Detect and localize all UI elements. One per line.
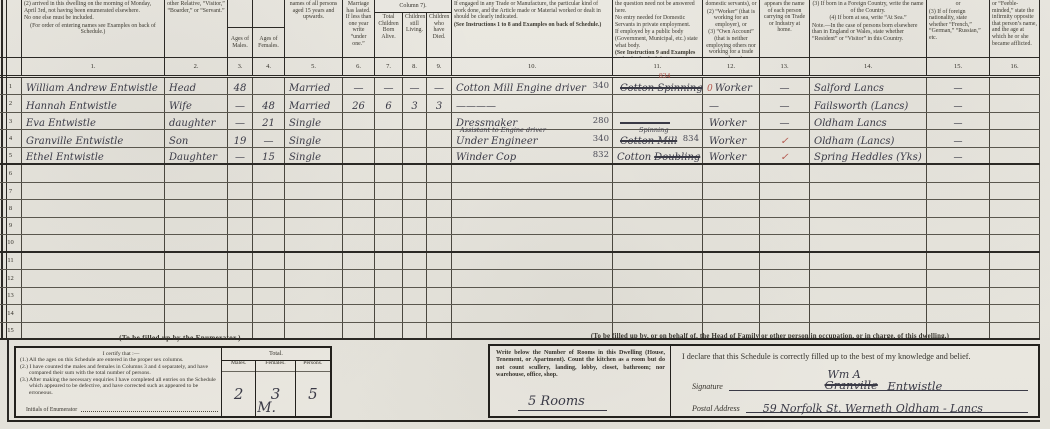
cell-infirmity <box>990 148 1040 163</box>
cell-nat: — <box>927 95 990 111</box>
cell-name: Eva Entwistle <box>22 113 165 129</box>
cell-employment-status <box>703 253 760 269</box>
cell-at_home: — <box>760 95 810 111</box>
cell-died <box>427 270 452 286</box>
row-number: 7 <box>0 183 22 199</box>
row-number: 13 <box>0 288 22 304</box>
cell-occupation: Cotton Mill Engine driver340 <box>452 78 613 94</box>
cell-employment-status <box>703 218 760 234</box>
cell-died <box>427 148 452 163</box>
header-text: (3) “Own Account” (that is neither emplo… <box>705 29 757 57</box>
signature-surname: Entwistle <box>887 379 942 393</box>
cell-age_m: — <box>228 113 253 129</box>
cell-years <box>343 183 375 199</box>
cell-age_f <box>253 165 285 181</box>
ages-males-box: Ages of Males. <box>228 27 252 57</box>
column-number-4: 4. <box>253 58 285 75</box>
column-number-3: 3. <box>228 58 253 75</box>
cell-name: Granville Entwistle <box>22 130 165 146</box>
cell-employment-status <box>703 165 760 181</box>
column-number-9: 9. <box>427 58 452 75</box>
cell-nat: — <box>927 148 990 163</box>
cell-industry <box>613 218 703 234</box>
industry-struck-text: Cotton Mill <box>620 136 677 147</box>
header-name-instructions: (2) arrived in this dwelling on the morn… <box>22 0 165 57</box>
cell-age_m: 48 <box>228 78 253 94</box>
signature-line: Granville Wm A Entwistle <box>729 376 1028 391</box>
industry-code: 834 <box>683 134 699 144</box>
column-number-13: 13. <box>760 58 810 75</box>
cell-at_home <box>760 183 810 199</box>
cell-infirmity <box>990 165 1040 181</box>
cell-employment-status: 0Worker <box>703 78 760 94</box>
cell-nat <box>927 218 990 234</box>
cell-age_m <box>228 270 253 286</box>
cell-birthplace <box>810 270 927 286</box>
cell-years <box>343 148 375 163</box>
cell-marriage <box>285 200 343 216</box>
cell-name <box>22 253 165 269</box>
cell-years <box>343 270 375 286</box>
cell-born <box>375 165 403 181</box>
cell-died <box>427 183 452 199</box>
table-header: (2) arrived in this dwelling on the morn… <box>0 0 1040 58</box>
enumerator-certification: I certify that :— (1.) All the ages on t… <box>20 351 222 396</box>
occupation-code: 340 <box>593 134 609 144</box>
cell-living <box>403 288 427 304</box>
cell-industry <box>613 235 703 250</box>
cell-marriage <box>285 218 343 234</box>
cell-occupation <box>452 165 613 181</box>
header-ages-males: Ages of Males. <box>228 0 253 57</box>
header-text: (See Instruction 9 and Examples on back … <box>615 50 700 57</box>
cell-marriage <box>285 305 343 321</box>
cell-occupation <box>452 183 613 199</box>
row-number: 10 <box>0 235 22 250</box>
header-column7-group-label: Column 7). <box>375 0 452 13</box>
cell-died <box>427 253 452 269</box>
cell-industry <box>613 305 703 321</box>
cell-relation <box>165 288 228 304</box>
cell-birthplace: Spring Heddles (Yks) <box>810 148 927 163</box>
schedule-row-2: 2Hannah EntwistleWife—48Married26633————… <box>0 95 1040 112</box>
cell-employment-status <box>703 200 760 216</box>
cell-died <box>427 130 452 146</box>
cell-age_f <box>253 305 285 321</box>
cell-nat <box>927 183 990 199</box>
address-handwritten-value: 59 Norfolk St. Werneth Oldham - Lancs <box>763 402 983 415</box>
cell-relation: Wife <box>165 95 228 111</box>
cell-industry <box>613 200 703 216</box>
cell-relation <box>165 305 228 321</box>
cell-infirmity <box>990 95 1040 111</box>
cell-born <box>375 183 403 199</box>
census-schedule-scan: (2) arrived in this dwelling on the morn… <box>0 0 1050 429</box>
totals-table: Total. Males. 2 Females. 3 Persons. 5 <box>221 348 330 416</box>
cell-at_home <box>760 218 810 234</box>
cell-years <box>343 305 375 321</box>
address-label: Postal Address <box>692 404 740 413</box>
certify-item: (2.) I have counted the males and female… <box>20 364 222 377</box>
column-number-1: 1. <box>22 58 165 75</box>
header-text: or “Feeble-minded,” state the infirmity … <box>992 1 1037 47</box>
header-text: (2) “Worker” (that is working for an emp… <box>705 9 757 29</box>
cell-occupation <box>452 288 613 304</box>
header-relationship: other Relative, “Visitor,” “Boarder,” or… <box>165 0 228 57</box>
cell-birthplace <box>810 235 927 250</box>
cell-age_m <box>228 253 253 269</box>
cell-occupation <box>452 200 613 216</box>
cell-nat <box>927 270 990 286</box>
cell-at_home: — <box>760 113 810 129</box>
industry-inserted-word: Spinning <box>639 126 669 134</box>
cell-employment-status: Worker <box>703 130 760 146</box>
cell-years <box>343 113 375 129</box>
cell-marriage <box>285 270 343 286</box>
header-birthplace: (3) If born in a Foreign Country, write … <box>810 0 927 57</box>
status-text: Worker <box>709 152 746 163</box>
cell-relation: daughter <box>165 113 228 129</box>
cell-name: Ethel Entwistle <box>22 148 165 163</box>
header-text: Marriage has lasted. If less than one ye… <box>345 1 372 47</box>
ages-females-box: Ages of Females. <box>253 27 284 57</box>
cell-name: Hannah Entwistle <box>22 95 165 111</box>
header-text: names of all persons aged 15 years and u… <box>287 1 340 21</box>
row-number: 14 <box>0 305 22 321</box>
cell-at_home: — <box>760 78 810 94</box>
header-working-at-home: appears the name of each person carrying… <box>760 0 810 57</box>
cell-employment-status: — <box>703 95 760 111</box>
cell-nat <box>927 235 990 250</box>
cell-living <box>403 165 427 181</box>
cell-living <box>403 113 427 129</box>
cell-marriage: Single <box>285 113 343 129</box>
column-number-8: 8. <box>403 58 427 75</box>
enumerator-initials-row: Initials of Enumerator <box>26 407 222 413</box>
cell-born <box>375 218 403 234</box>
cell-age_f: 21 <box>253 113 285 129</box>
cell-living <box>403 148 427 163</box>
column-number-2: 2. <box>165 58 228 75</box>
cell-infirmity <box>990 183 1040 199</box>
row-number: 2 <box>0 95 22 111</box>
cell-infirmity <box>990 288 1040 304</box>
cell-relation <box>165 218 228 234</box>
cell-relation <box>165 253 228 269</box>
cell-nat <box>927 165 990 181</box>
cell-employment-status <box>703 288 760 304</box>
header-text: Note.—In the case of persons born elsewh… <box>812 23 924 43</box>
column-number-blank <box>0 58 22 75</box>
occupation-code: 340 <box>593 81 609 91</box>
rooms-section: Write below the Number of Rooms in this … <box>490 346 671 416</box>
industry-text: Cotton <box>617 152 651 163</box>
occupation-text: ———— <box>456 101 496 112</box>
cell-at_home <box>760 165 810 181</box>
cell-birthplace: Salford Lancs <box>810 78 927 94</box>
occupation-code: 832 <box>593 150 609 160</box>
cell-years <box>343 323 375 338</box>
header-text: or <box>929 1 987 8</box>
header-industry: the question need not be answered here. … <box>613 0 703 57</box>
persons-label: Persons. <box>296 360 330 372</box>
cell-infirmity <box>990 305 1040 321</box>
header-text: appears the name of each person carrying… <box>762 1 807 34</box>
cell-years: 26 <box>343 95 375 111</box>
total-females-column: Females. 3 <box>256 360 295 416</box>
cell-industry <box>613 288 703 304</box>
cell-name <box>22 305 165 321</box>
cell-died <box>427 288 452 304</box>
cell-occupation <box>452 270 613 286</box>
cell-infirmity <box>990 270 1040 286</box>
cell-at_home <box>760 305 810 321</box>
cell-marriage: Single <box>285 148 343 163</box>
declaration-text: I declare that this Schedule is correctl… <box>670 346 1038 361</box>
cell-age_f <box>253 183 285 199</box>
cell-birthplace <box>810 288 927 304</box>
cell-relation <box>165 235 228 250</box>
occupation-line-above: Assistant to Engine driver <box>460 126 546 134</box>
cell-marriage: Married <box>285 95 343 111</box>
cell-name <box>22 270 165 286</box>
schedule-row-12: 12 <box>0 270 1040 287</box>
cell-age_f <box>253 270 285 286</box>
cell-years <box>343 130 375 146</box>
cell-living <box>403 305 427 321</box>
cell-employment-status <box>703 270 760 286</box>
cell-employment-status <box>703 183 760 199</box>
cell-marriage <box>285 253 343 269</box>
males-label: Males. <box>222 360 255 372</box>
cell-relation: Head <box>165 78 228 94</box>
total-columns: Males. 2 Females. 3 Persons. 5 <box>222 360 330 416</box>
column-number-12: 12. <box>703 58 760 75</box>
cell-marriage <box>285 235 343 250</box>
cell-died: 3 <box>427 95 452 111</box>
females-label: Females. <box>256 360 294 372</box>
occupation-text: Under Engineer <box>456 136 538 147</box>
cell-nat <box>927 200 990 216</box>
cell-years <box>343 165 375 181</box>
cell-birthplace <box>810 253 927 269</box>
schedule-row-1: 1William Andrew EntwistleHead48Married——… <box>0 78 1040 95</box>
rooms-handwritten-value: 5 Rooms <box>518 394 607 411</box>
cell-infirmity <box>990 200 1040 216</box>
header-text: If employed by a public body (Government… <box>615 29 700 49</box>
cell-age_f: — <box>253 130 285 146</box>
header-marriage-duration: Marriage has lasted. If less than one ye… <box>343 0 375 57</box>
cell-marriage: Single <box>285 130 343 146</box>
header-ages-females: Ages of Females. <box>253 0 285 57</box>
cell-living <box>403 200 427 216</box>
header-text: No entry needed for Domestic Servants in… <box>615 15 700 28</box>
persons-total-value: 5 <box>296 372 330 416</box>
row-number: 8 <box>0 200 22 216</box>
cell-age_f <box>253 218 285 234</box>
cell-died <box>427 113 452 129</box>
header-text: (2) arrived in this dwelling on the morn… <box>24 1 162 14</box>
schedule-row-10: 10 <box>0 235 1040 252</box>
cell-name <box>22 235 165 250</box>
cell-age_m <box>228 200 253 216</box>
cell-occupation <box>452 305 613 321</box>
cell-name <box>22 183 165 199</box>
cell-employment-status <box>703 305 760 321</box>
status-text: Worker <box>709 118 746 129</box>
cell-living <box>403 270 427 286</box>
cell-nat <box>927 305 990 321</box>
cell-died <box>427 200 452 216</box>
cell-birthplace: Oldham (Lancs) <box>810 130 927 146</box>
column-number-row: 1.2.3.4.5.6.7.8.9.10.11.12.13.14.15.16. <box>0 58 1040 78</box>
cell-employment-status: Worker <box>703 148 760 163</box>
header-text: (For order of entering names see Example… <box>24 23 162 36</box>
schedule-row-11: 11 <box>0 253 1040 270</box>
cell-age_m <box>228 288 253 304</box>
cell-at_home <box>760 235 810 250</box>
cell-industry <box>613 165 703 181</box>
cell-age_m <box>228 235 253 250</box>
cell-occupation <box>452 218 613 234</box>
header-text: No one else must be included. <box>24 15 162 22</box>
cell-name: William Andrew Entwistle <box>22 78 165 94</box>
industry-struck-text: Cotton Spinning <box>620 83 703 94</box>
cell-age_m <box>228 165 253 181</box>
occupation-text: Winder Cop <box>456 152 516 163</box>
cell-born <box>375 113 403 129</box>
head-of-family-box-title: (To be filled up by, or on behalf of, th… <box>500 333 1040 340</box>
cell-born: — <box>375 78 403 94</box>
cell-years <box>343 235 375 250</box>
cell-born <box>375 323 403 338</box>
cell-marriage <box>285 183 343 199</box>
cell-industry: SpinningCotton Mill834 <box>613 130 703 146</box>
cell-marriage <box>285 288 343 304</box>
rooms-instructions: Write below the Number of Rooms in this … <box>496 350 665 379</box>
row-number: 1 <box>0 78 22 94</box>
occupation-text: Cotton Mill Engine driver <box>456 83 586 94</box>
header-marriage-particulars: names of all persons aged 15 years and u… <box>285 0 343 57</box>
cell-occupation: ———— <box>452 95 613 111</box>
cell-years <box>343 218 375 234</box>
header-row-number-column <box>0 0 22 57</box>
header-text: other Relative, “Visitor,” “Boarder,” or… <box>167 1 225 14</box>
row-number: 9 <box>0 218 22 234</box>
males-total-value: 2 <box>222 372 255 416</box>
cell-years: — <box>343 78 375 94</box>
cell-died <box>427 305 452 321</box>
header-text: (See Instructions 1 to 8 and Examples on… <box>454 22 610 29</box>
industry-code-above: 834 <box>659 71 670 80</box>
cell-relation <box>165 183 228 199</box>
schedule-row-7: 7 <box>0 183 1040 200</box>
declaration-section: I declare that this Schedule is correctl… <box>670 346 1038 416</box>
schedule-row-5: 5Ethel EntwistleDaughter—15SingleWinder … <box>0 148 1040 165</box>
enumerator-box-title: (To be filled up by the Enumerator.) <box>30 334 330 342</box>
cell-living <box>403 218 427 234</box>
cell-born <box>375 253 403 269</box>
status-text: Worker <box>715 83 752 94</box>
cell-relation <box>165 270 228 286</box>
column-number-14: 14. <box>810 58 927 75</box>
cell-at_home <box>760 288 810 304</box>
cell-living <box>403 130 427 146</box>
schedule-row-9: 9 <box>0 218 1040 235</box>
row-number: 5 <box>0 148 22 163</box>
address-line: 59 Norfolk St. Werneth Oldham - Lancs <box>746 398 1028 413</box>
cell-age_m: 19 <box>228 130 253 146</box>
header-infirmity: or “Feeble-minded,” state the infirmity … <box>990 0 1040 57</box>
cell-at_home <box>760 200 810 216</box>
signature-correction: Wm A <box>828 368 861 381</box>
cell-occupation <box>452 235 613 250</box>
cell-age_f <box>253 288 285 304</box>
cell-died <box>427 235 452 250</box>
cell-age_f: 15 <box>253 148 285 163</box>
status-pencil-mark: 0 <box>707 84 713 94</box>
cell-employment-status <box>703 235 760 250</box>
cell-occupation: Assistant to Engine driverUnder Engineer… <box>452 130 613 146</box>
cell-name <box>22 165 165 181</box>
column-number-5: 5. <box>285 58 343 75</box>
header-occupation: If engaged in any Trade or Manufacture, … <box>452 0 613 57</box>
paper-edge-line <box>7 340 9 422</box>
cell-industry: 834Cotton Spinning <box>613 78 703 94</box>
dotted-line <box>81 411 218 412</box>
cell-died <box>427 165 452 181</box>
cell-living: — <box>403 78 427 94</box>
cell-age_m: — <box>228 148 253 163</box>
cell-age_f: 48 <box>253 95 285 111</box>
schedule-row-6: 6 <box>0 165 1040 182</box>
column-number-6: 6. <box>343 58 375 75</box>
cell-born <box>375 305 403 321</box>
cell-age_f <box>253 78 285 94</box>
header-text: domestic servants), or <box>705 1 757 8</box>
row-number: 15 <box>0 323 22 338</box>
cell-born <box>375 288 403 304</box>
initials-label: Initials of Enumerator <box>26 407 77 413</box>
column-number-15: 15. <box>927 58 990 75</box>
certify-item: (3.) After making the necessary enquirie… <box>20 377 222 396</box>
status-text: — <box>709 101 719 112</box>
cell-years <box>343 288 375 304</box>
cell-born: 6 <box>375 95 403 111</box>
females-total-value: 3 <box>256 372 294 416</box>
cell-nat <box>927 288 990 304</box>
cell-marriage <box>285 165 343 181</box>
column-number-7: 7. <box>375 58 403 75</box>
cell-born <box>375 270 403 286</box>
cell-age_m <box>228 218 253 234</box>
row-number: 12 <box>0 270 22 286</box>
cell-died: — <box>427 78 452 94</box>
schedule-row-14: 14 <box>0 305 1040 322</box>
cell-living <box>403 323 427 338</box>
cell-born <box>375 200 403 216</box>
cell-birthplace <box>810 165 927 181</box>
cell-birthplace: Failsworth (Lancs) <box>810 95 927 111</box>
cell-nat <box>927 253 990 269</box>
cell-age_m: — <box>228 95 253 111</box>
header-text: Ages of Females. <box>255 36 282 49</box>
signature-row: Signature Granville Wm A Entwistle <box>692 376 1028 391</box>
cell-infirmity <box>990 130 1040 146</box>
schedule-row-13: 13 <box>0 288 1040 305</box>
cell-living: 3 <box>403 95 427 111</box>
signature-label: Signature <box>692 382 723 391</box>
